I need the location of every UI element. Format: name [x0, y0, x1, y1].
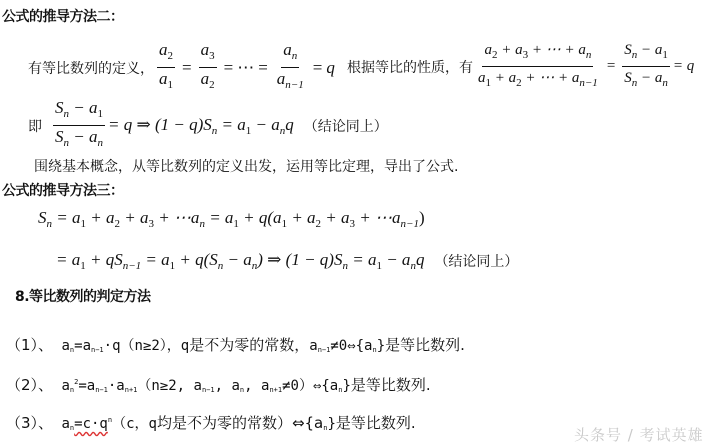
- property-formula-row: 根据等比的性质，有 a2 + a3 + ⋯ + an a1 + a2 + ⋯ +…: [347, 40, 694, 93]
- method3-heading: 公式的推导方法三：: [2, 180, 124, 200]
- definition-intro: 有等比数列的定义，: [28, 58, 154, 78]
- method2-summary: 围绕基本概念，从等比数列的定义出发，运用等比定理，导出了公式.: [34, 156, 458, 176]
- definition-equation: a2 a1 = a3 a2 = ⋯ = an an−1 = q: [154, 40, 335, 95]
- fraction-a3-a2: a3 a2: [199, 40, 217, 95]
- criterion-3: （3）、 an=c·qn（c，q均是不为零的常数）⇔{an}是等比数列.: [6, 412, 416, 433]
- method3-line2: = a1 + qSn−1 = a1 + q(Sn − an) ⇒ (1 − q)…: [56, 250, 518, 272]
- fraction-a2-a1: a2 a1: [157, 40, 175, 95]
- criterion-2: （2）、 an2=an−1·an+1（n≥2, an−1, an, an+1≠0…: [6, 374, 431, 395]
- therefore-label: 即: [28, 116, 42, 136]
- method2-heading: 公式的推导方法二：: [2, 6, 124, 26]
- method3-line1: Sn = a1 + a2 + a3 + ⋯an = a1 + q(a1 + a2…: [38, 208, 425, 230]
- watermark: 头条号 / 考试英雄: [574, 424, 704, 445]
- fraction-sn-ratio: Sn − a1 Sn − an: [622, 40, 670, 93]
- conclusion-same-note: （结论同上）: [304, 116, 388, 136]
- conclusion-same-note-2: （结论同上）: [434, 251, 518, 271]
- therefore-formula-row: 即 Sn − a1 Sn − an = q ⇒ (1 − q)Sn = a1 −…: [28, 98, 388, 153]
- section8-heading: 8.等比数列的判定方法: [15, 286, 151, 306]
- fraction-sn-ratio-2: Sn − a1 Sn − an: [53, 98, 105, 153]
- fraction-sum-ratio: a2 + a3 + ⋯ + an a1 + a2 + ⋯ + an−1: [476, 40, 600, 93]
- therefore-equation: Sn − a1 Sn − an = q ⇒ (1 − q)Sn = a1 − a…: [50, 98, 294, 153]
- definition-formula-row: 有等比数列的定义， a2 a1 = a3 a2 = ⋯ = an an−1 = …: [28, 40, 335, 95]
- property-intro: 根据等比的性质，有: [347, 57, 473, 77]
- fraction-an-an-1: an an−1: [275, 40, 306, 95]
- property-equation: a2 + a3 + ⋯ + an a1 + a2 + ⋯ + an−1 = Sn…: [473, 40, 694, 93]
- criterion-1: （1）、 an=an−1·q（n≥2），q是不为零的常数，an−1≠0⇔{an}…: [6, 334, 465, 355]
